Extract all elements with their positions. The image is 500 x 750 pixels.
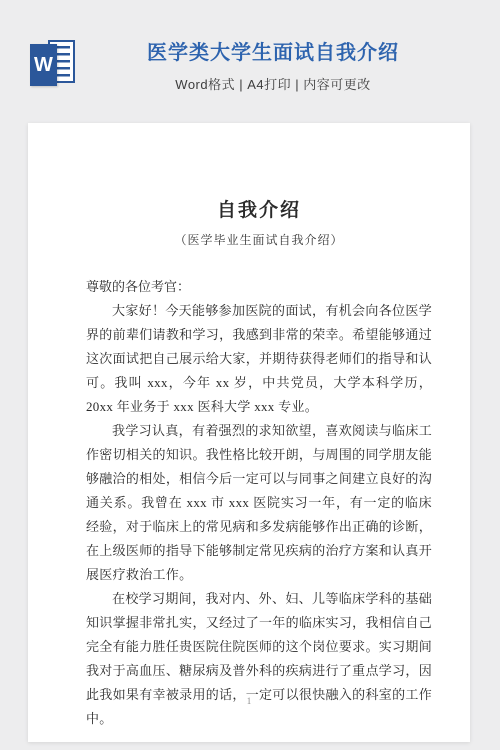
document-page: 自我介绍 （医学毕业生面试自我介绍） 尊敬的各位考官： 大家好！今天能够参加医院… xyxy=(28,123,470,742)
paragraph: 大家好！今天能够参加医院的面试，有机会向各位医学界的前辈们请教和学习，我感到非常… xyxy=(86,299,432,419)
header-text-block: 医学类大学生面试自我介绍 Word格式 | A4打印 | 内容可更改 xyxy=(0,38,500,93)
document-title: 自我介绍 xyxy=(86,199,432,223)
paragraph: 我学习认真，有着强烈的求知欲望，喜欢阅读与临床工作密切相关的知识。我性格比较开朗… xyxy=(86,419,432,587)
paragraph: 在校学习期间，我对内、外、妇、儿等临床学科的基础知识掌握非常扎实，又经过了一年的… xyxy=(86,587,432,731)
salutation-line: 尊敬的各位考官： xyxy=(86,275,432,299)
template-header: W 医学类大学生面试自我介绍 Word格式 | A4打印 | 内容可更改 xyxy=(0,38,500,100)
template-title: 医学类大学生面试自我介绍 xyxy=(46,38,500,68)
document-subtitle: （医学毕业生面试自我介绍） xyxy=(86,231,432,249)
template-meta: Word格式 | A4打印 | 内容可更改 xyxy=(46,74,500,93)
page-number: 1 xyxy=(28,696,470,706)
